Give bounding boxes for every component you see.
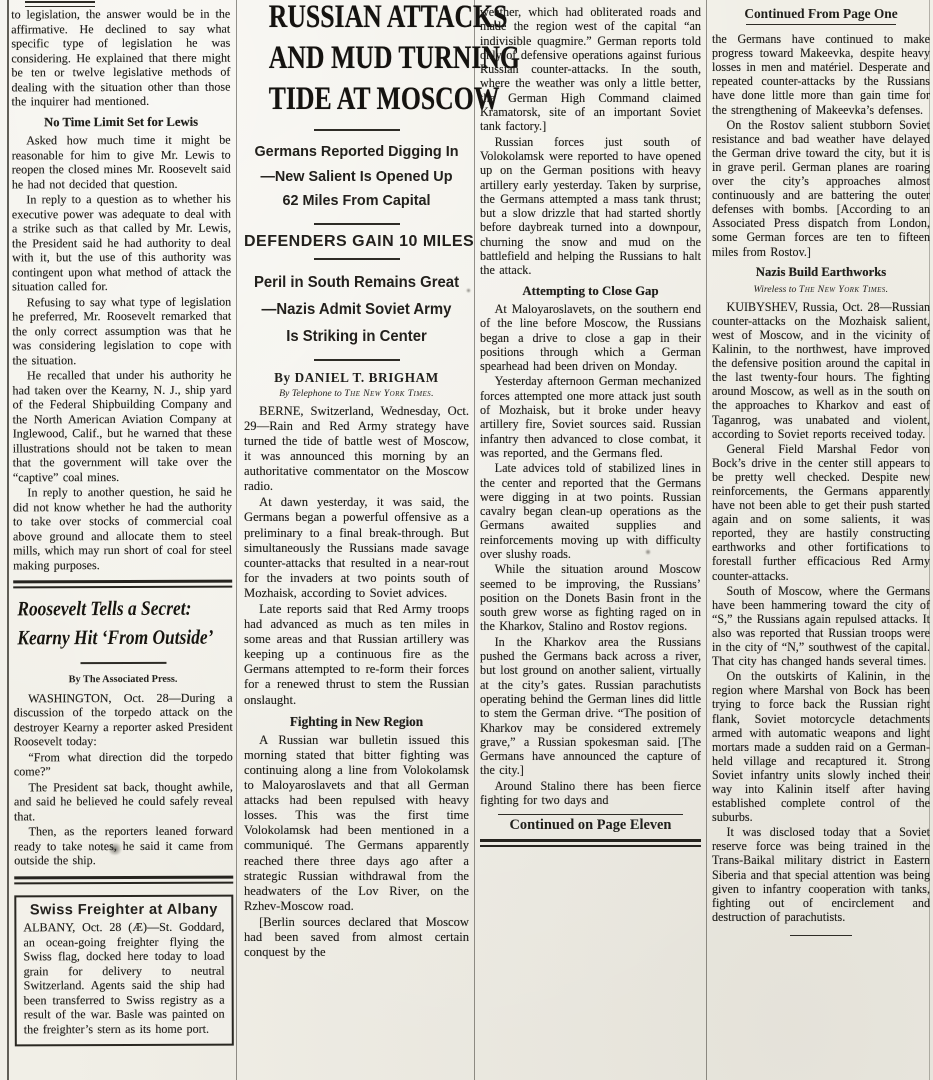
main-headline-line: AND MUD TURNING <box>269 38 445 79</box>
column-divider-2-3 <box>474 0 475 1080</box>
article-paragraph: While the situation around Moscow seemed… <box>480 562 701 633</box>
wire-credit: By Telephone to The New York Times. <box>244 386 469 401</box>
article-paragraph: Asked how much time it might be reasonab… <box>12 133 231 192</box>
continued-on-line: Continued on Page Eleven <box>480 818 701 832</box>
double-rule <box>14 875 233 884</box>
headline-deck-line: 62 Miles From Capital <box>249 189 465 214</box>
article-end-rule <box>790 935 852 936</box>
wire-credit-lead: Wireless to <box>753 284 798 295</box>
boxed-article: Swiss Freighter at AlbanyALBANY, Oct. 28… <box>14 894 234 1046</box>
italic-headline-line: Kearny Hit ‘From Outside’ <box>17 624 200 654</box>
article-paragraph: Russian forces just south of Volokolamsk… <box>480 135 701 278</box>
article-paragraph: In reply to another question, he said he… <box>13 485 232 573</box>
column-divider-1-2 <box>236 0 237 1080</box>
wire-credit-paper: The New York Times. <box>344 388 434 399</box>
article-paragraph: It was disclosed today that a Soviet res… <box>712 825 930 924</box>
short-rule <box>314 359 400 361</box>
page-edge-rule-left <box>7 0 9 1080</box>
column-2: RUSSIAN ATTACKSAND MUD TURNINGTIDE AT MO… <box>244 0 469 961</box>
article-paragraph: General Field Marshal Fedor von Bock’s d… <box>712 442 930 583</box>
bottom-double-rule <box>480 839 701 847</box>
short-rule <box>314 258 400 260</box>
article-paragraph: At Maloyaroslavets, on the southern end … <box>480 302 701 373</box>
italic-headline-line: Roosevelt Tells a Secret: <box>17 595 200 625</box>
section-subhead: Fighting in New Region <box>244 714 469 729</box>
main-headline: RUSSIAN ATTACKSAND MUD TURNINGTIDE AT MO… <box>244 0 469 120</box>
headline-deck: Peril in South Remains Great—Nazis Admit… <box>244 269 469 350</box>
italic-headline: Roosevelt Tells a Secret:Kearny Hit ‘Fro… <box>13 595 232 654</box>
article-paragraph: A Russian war bulletin issued this morni… <box>244 733 469 914</box>
wire-credit-paper: The New York Times. <box>799 284 889 295</box>
column-3: weather, which had obliterated roads and… <box>480 0 701 847</box>
wire-credit-lead: By Telephone to <box>279 388 344 399</box>
headline-deck: Germans Reported Digging In—New Salient … <box>244 140 469 214</box>
article-paragraph: At dawn yesterday, it was said, the Germ… <box>244 495 469 601</box>
article-paragraph: “From what direction did the torpedo com… <box>14 749 233 779</box>
boxed-article-headline: Swiss Freighter at Albany <box>23 902 224 917</box>
main-headline-line: RUSSIAN ATTACKS <box>269 0 445 38</box>
section-subhead: Attempting to Close Gap <box>480 284 701 298</box>
article-paragraph: In the Kharkov area the Russians pushed … <box>480 635 701 778</box>
column-4: Continued From Page Onethe Germans have … <box>712 0 930 947</box>
article-paragraph: Yesterday afternoon German mechanized fo… <box>480 374 701 460</box>
article-paragraph: Late advices told of stabilized lines in… <box>480 461 701 561</box>
article-paragraph: ALBANY, Oct. 28 (Æ)—St. Goddard, an ocea… <box>23 920 224 1037</box>
short-rule <box>314 223 400 225</box>
section-subhead: Nazis Build Earthworks <box>712 265 930 279</box>
article-paragraph: South of Moscow, where the Germans have … <box>712 584 930 669</box>
headline-deck-line: Is Striking in Center <box>249 323 465 350</box>
article-paragraph: Around Stalino there has been fierce fig… <box>480 779 701 808</box>
continued-from-rule <box>746 24 896 25</box>
article-paragraph: BERNE, Switzerland, Wednesday, Oct. 29—R… <box>244 404 469 495</box>
article-paragraph: to legislation, the answer would be in t… <box>11 7 230 109</box>
main-headline-line: TIDE AT MOSCOW <box>269 79 445 120</box>
column-divider-3-4 <box>706 0 707 1080</box>
article-paragraph: WASHINGTON, Oct. 28—During a discussion … <box>14 690 233 749</box>
section-subhead: No Time Limit Set for Lewis <box>12 114 231 129</box>
article-paragraph: In reply to a question as to whether his… <box>12 192 231 294</box>
short-rule <box>80 662 166 664</box>
short-rule <box>314 129 400 131</box>
headline-deck-line: Peril in South Remains Great <box>249 269 465 296</box>
article-paragraph: weather, which had obliterated roads and… <box>480 5 701 134</box>
wire-credit: Wireless to The New York Times. <box>712 283 930 297</box>
continued-from-line: Continued From Page One <box>712 7 930 21</box>
caps-subheadline: DEFENDERS GAIN 10 MILES <box>244 234 469 249</box>
ap-credit: By The Associated Press. <box>14 673 233 688</box>
article-paragraph: On the outskirts of Kalinin, in the regi… <box>712 669 930 824</box>
newspaper-page: to legislation, the answer would be in t… <box>0 0 933 1080</box>
double-rule <box>13 580 232 589</box>
article-paragraph: KUIBYSHEV, Russia, Oct. 28—Russian count… <box>712 300 930 441</box>
continued-on-rule <box>498 814 683 815</box>
headline-deck-line: Germans Reported Digging In <box>249 140 465 165</box>
article-paragraph: the Germans have continued to make progr… <box>712 32 930 117</box>
article-paragraph: Refusing to say what type of legislation… <box>12 294 231 367</box>
column-1: to legislation, the answer would be in t… <box>11 0 234 1046</box>
article-paragraph: [Berlin sources declared that Moscow had… <box>244 915 469 960</box>
byline: By DANIEL T. BRIGHAM <box>244 370 469 385</box>
article-paragraph: Late reports said that Red Army troops h… <box>244 602 469 708</box>
headline-deck-line: —Nazis Admit Soviet Army <box>249 296 465 323</box>
article-paragraph: He recalled that under his authority he … <box>12 368 231 485</box>
article-paragraph: Then, as the reporters leaned forward re… <box>14 824 233 868</box>
article-paragraph: The President sat back, thought awhile, … <box>14 779 233 823</box>
headline-deck-line: —New Salient Is Opened Up <box>249 165 465 190</box>
article-paragraph: On the Rostov salient stubborn Soviet re… <box>712 118 930 259</box>
